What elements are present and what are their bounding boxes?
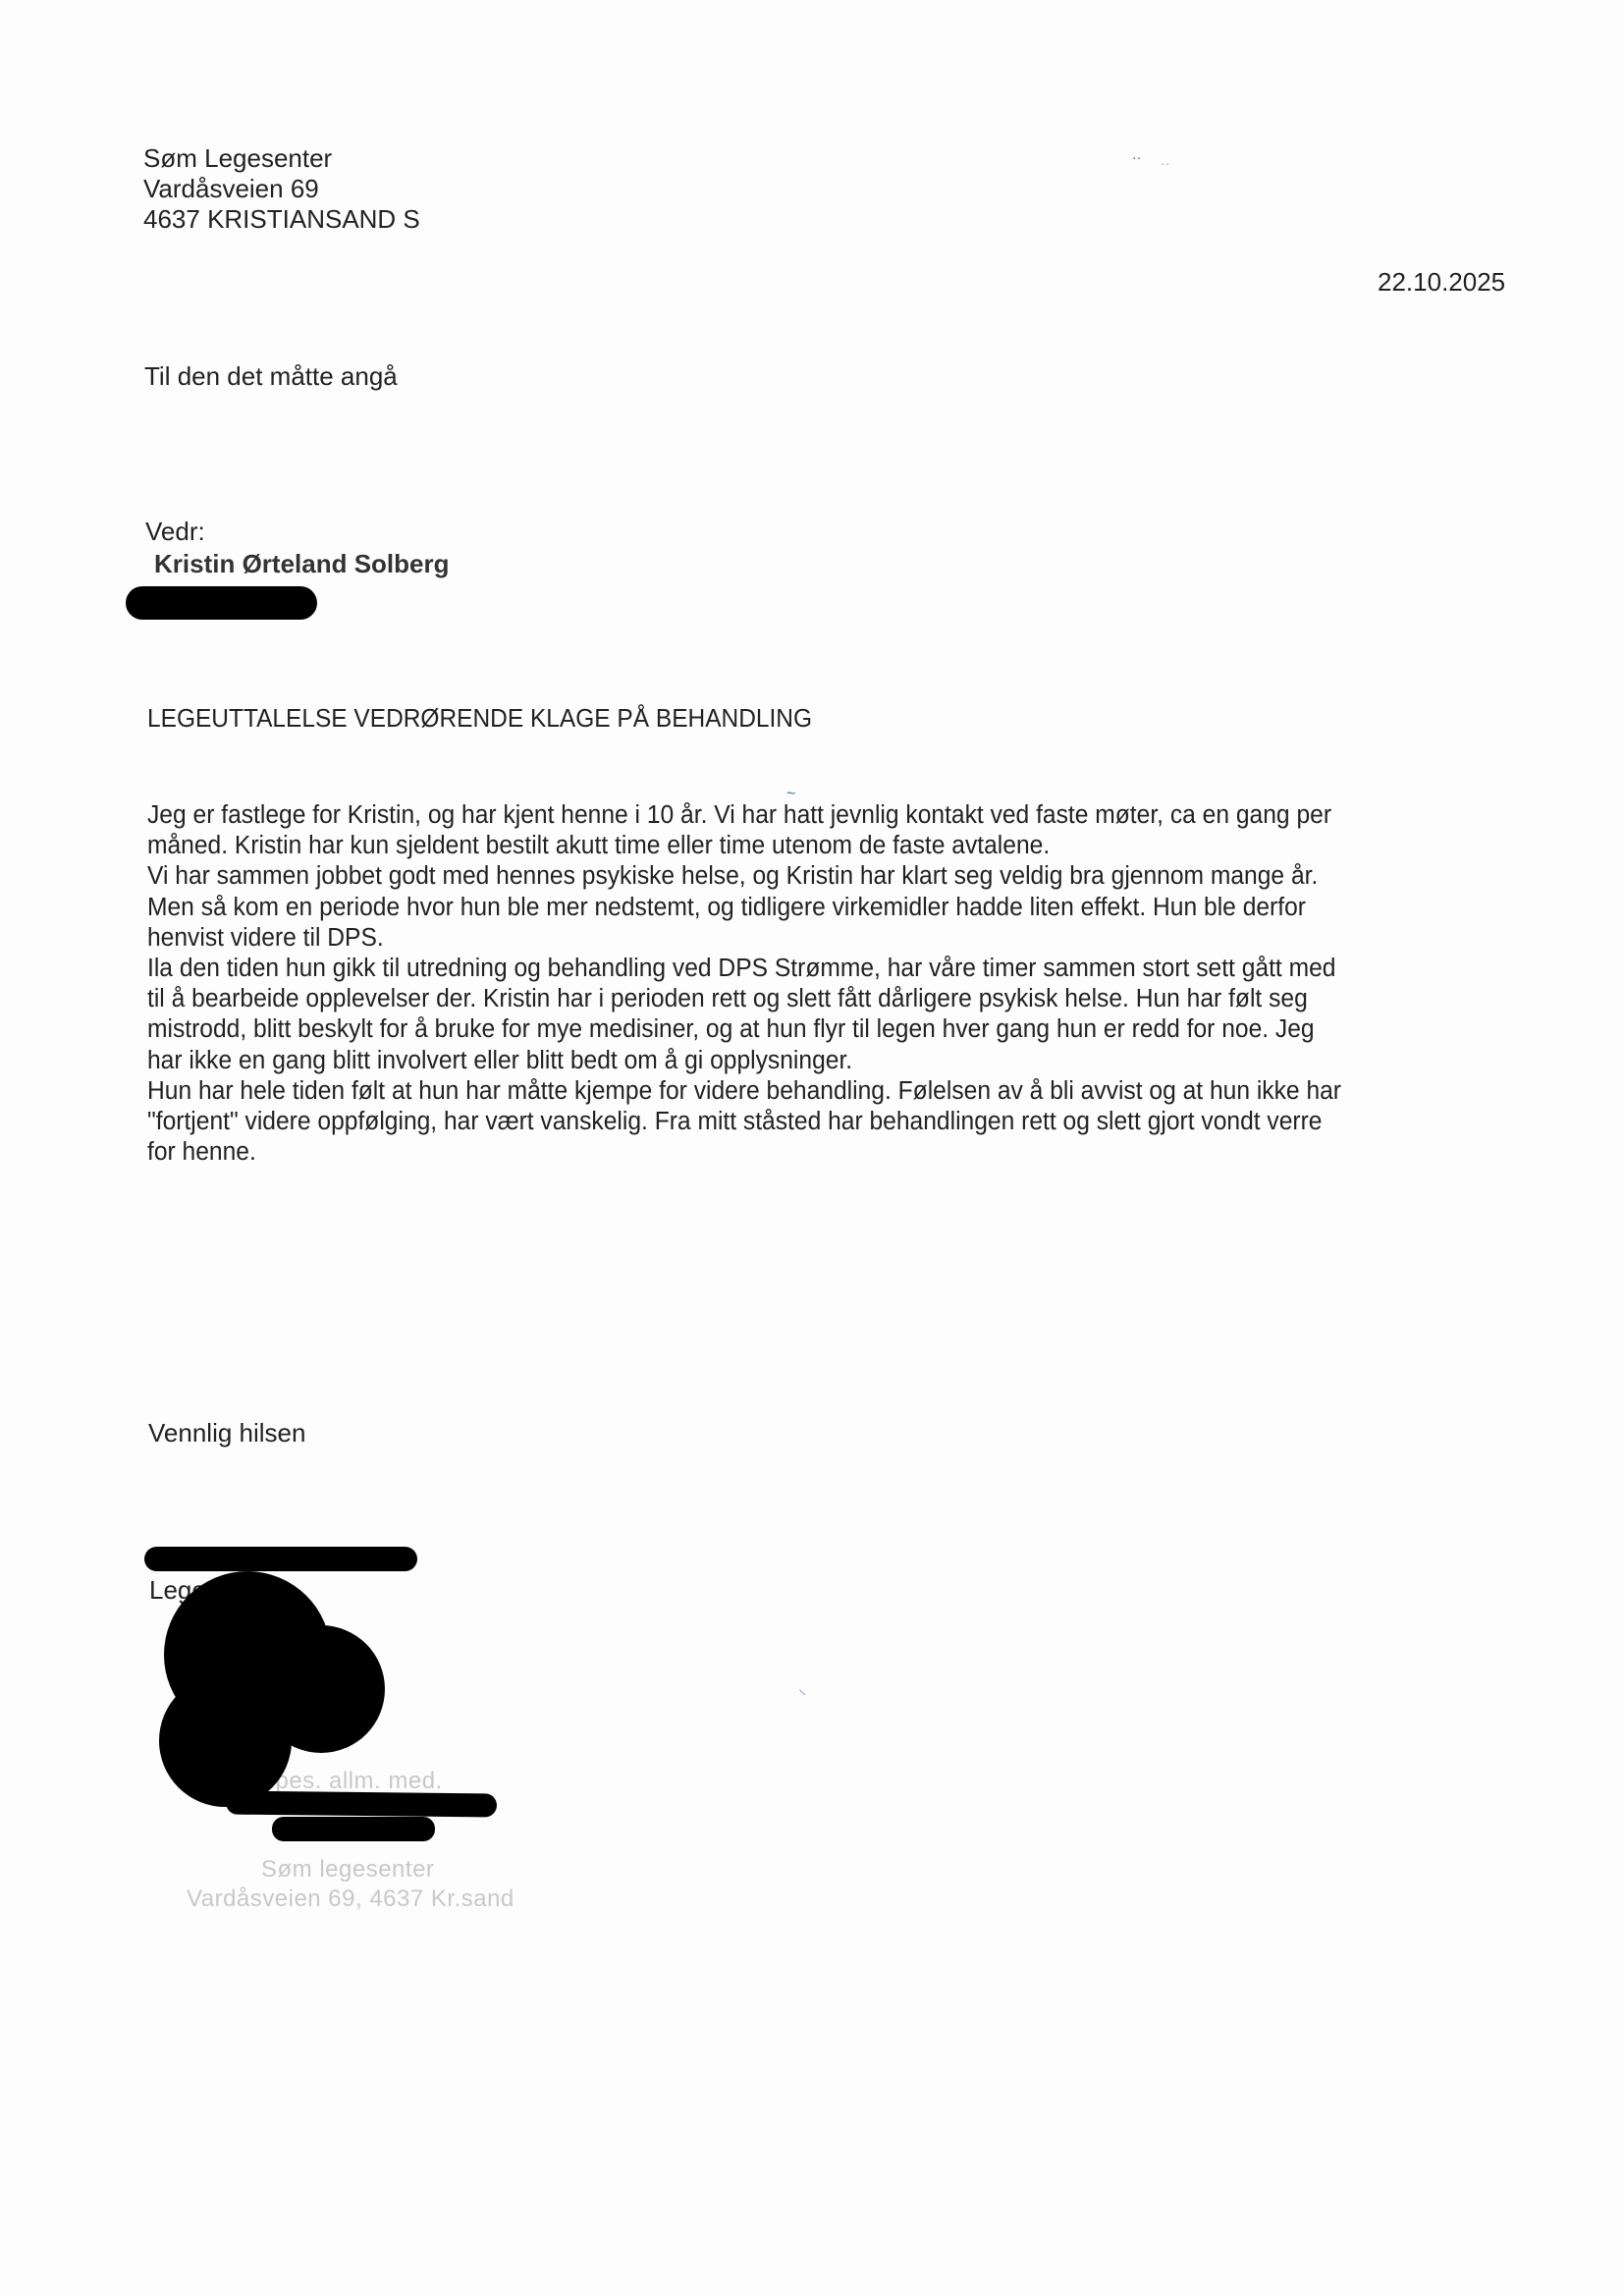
body-line: Jeg er fastlege for Kristin, og har kjen… (147, 800, 1484, 831)
sender-address: Søm Legesenter Vardåsveien 69 4637 KRIST… (143, 143, 420, 235)
scan-speck: ·· (1132, 149, 1141, 165)
body-line: Men så kom en periode hvor hun ble mer n… (147, 893, 1484, 923)
body-line: henvist videre til DPS. (147, 923, 1484, 954)
letter-date: 22.10.2025 (1378, 267, 1505, 298)
body-line: måned. Kristin har kun sjeldent bestilt … (147, 831, 1484, 861)
patient-name: Kristin Ørteland Solberg (154, 549, 450, 579)
scan-speck: ·· (1161, 155, 1169, 171)
document-title: LEGEUTTALELSE VEDRØRENDE KLAGE PÅ BEHAND… (147, 705, 812, 734)
body-line: for henne. (147, 1137, 1484, 1168)
stamp-address: Vardåsveien 69, 4637 Kr.sand (187, 1886, 514, 1913)
body-line: Vi har sammen jobbet godt med hennes psy… (147, 861, 1484, 892)
pen-mark: ~ (786, 786, 795, 803)
letter-body: Jeg er fastlege for Kristin, og har kjen… (147, 800, 1484, 1168)
body-line: "fortjent" videre oppfølging, har vært v… (147, 1107, 1484, 1137)
body-line: til å bearbeide opplevelser der. Kristin… (147, 984, 1484, 1014)
regarding-label: Vedr: (145, 517, 205, 547)
stamp-clinic: Søm legesenter (261, 1856, 434, 1884)
redaction-signer-name (144, 1547, 417, 1571)
sender-name: Søm Legesenter (143, 143, 420, 174)
redaction-stamp-name (226, 1791, 497, 1818)
redaction-stamp-id (272, 1817, 435, 1841)
sender-street: Vardåsveien 69 (143, 174, 420, 204)
body-line: har ikke en gang blitt involvert eller b… (147, 1046, 1484, 1076)
closing: Vennlig hilsen (148, 1418, 305, 1449)
body-line: Ila den tiden hun gikk til utredning og … (147, 954, 1484, 984)
redaction-signature (159, 1674, 292, 1807)
body-line: Hun har hele tiden følt at hun har måtte… (147, 1076, 1484, 1107)
salutation: Til den det måtte angå (144, 361, 398, 392)
sender-postal: 4637 KRISTIANSAND S (143, 204, 420, 235)
pen-mark: ⸜ (798, 1677, 806, 1699)
redaction-patient-id (126, 586, 317, 620)
body-line: mistrodd, blitt beskylt for å bruke for … (147, 1014, 1484, 1045)
